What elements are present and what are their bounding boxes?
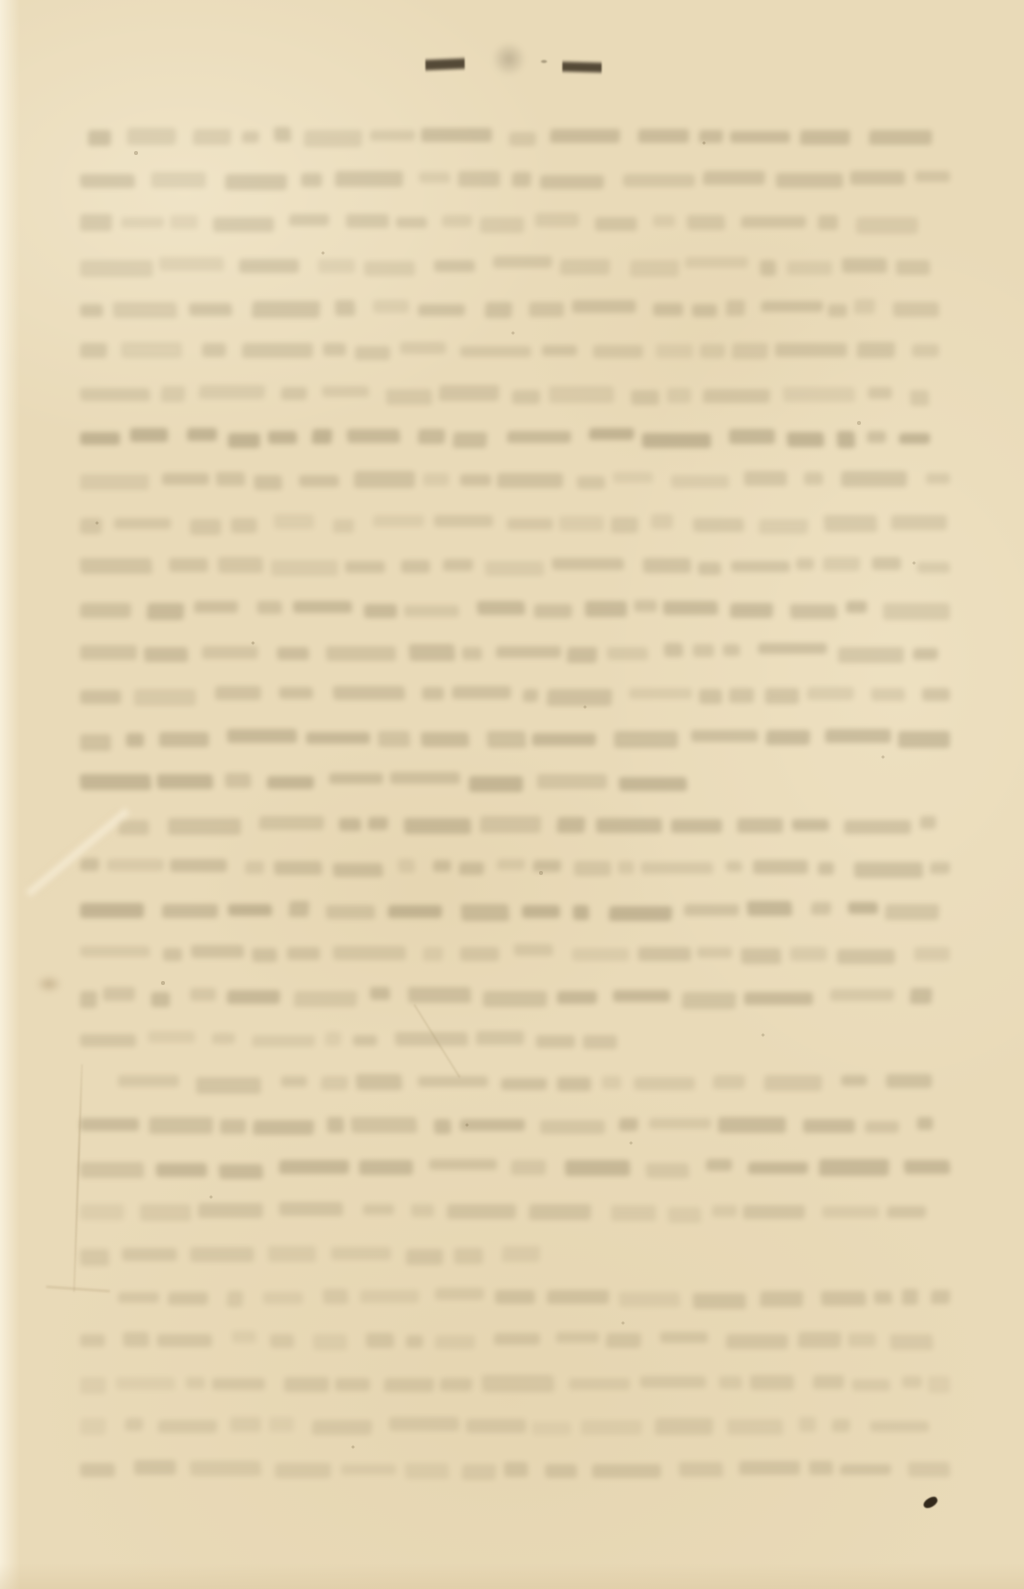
vignette-overlay [0, 0, 1024, 1589]
scanned-page: — — [0, 0, 1024, 1589]
